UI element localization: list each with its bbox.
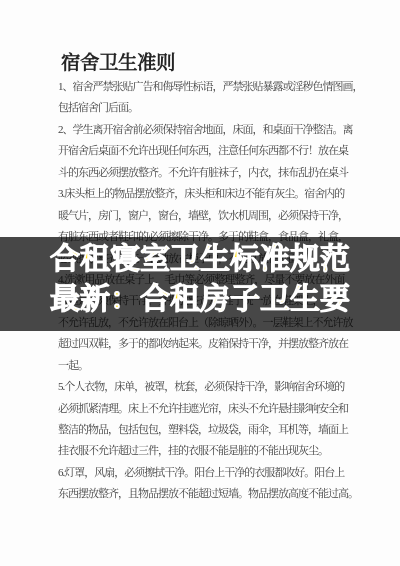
document-line: 2、学生离开宿舍前必须保持宿舍地面，床面，和桌面干净整洁。离 (58, 120, 368, 141)
document-line: 东西摆放整齐，且物品摆放不能超过短墙。物品摆放高度不能过高。 (58, 484, 368, 505)
document-line: 超过四双鞋，多于的都收纳起来。皮箱保持干净，并摆放整齐放在 (58, 334, 368, 355)
document-page: 宿舍卫生准则 1、宿舍严禁张贴广告和侮辱性标语，严禁张贴暴露或淫秽色情图画， 包… (0, 0, 400, 566)
document-title: 宿舍卫生准则 (61, 50, 175, 78)
document-line: 必须抓紧清理。床上不允许挂遮光帘，床头不允许悬挂影响安全和 (58, 399, 368, 420)
document-line: 斗的东西必须摆放整齐。不允许有脏袜子，内衣，抹布乱扔在桌斗 (58, 163, 368, 184)
document-line: 1、宿舍严禁张贴广告和侮辱性标语，严禁张贴暴露或淫秽色情图画， (58, 77, 368, 98)
document-line: 暖气片，房门，窗户，窗台，墙壁，饮水机周围，必须保持干净， (58, 206, 368, 227)
headline-line-2: 最新：合租房子卫生要 (0, 282, 400, 318)
document-line: 5.个人衣物，床单，被罩，枕套，必须保持干净，影响宿舍环境的 (58, 377, 368, 398)
document-line: 整洁的物品，包括包包，塑料袋，垃圾袋，雨伞，耳机等，墙面上 (58, 420, 368, 441)
document-line: 一起。 (58, 356, 368, 377)
document-line: 挂衣服不允许超过三件，挂的衣服不能是脏的不能出现灰尘。 (58, 441, 368, 462)
document-line: 3.床头柜上的物品摆放整齐，床头柜和床边不能有灰尘。宿舍内的 (58, 184, 368, 205)
document-line: 包括宿舍门后面。 (58, 98, 368, 119)
headline-line-1: 合租寝室卫生标准规范 (0, 238, 400, 282)
document-line: 6.灯罩，风扇，必须擦拭干净。阳台上干净的衣服都收好。阳台上 (58, 463, 368, 484)
document-line: 开宿舍后桌面不允许出现任何东西，注意任何东西都不行！放在桌 (58, 141, 368, 162)
